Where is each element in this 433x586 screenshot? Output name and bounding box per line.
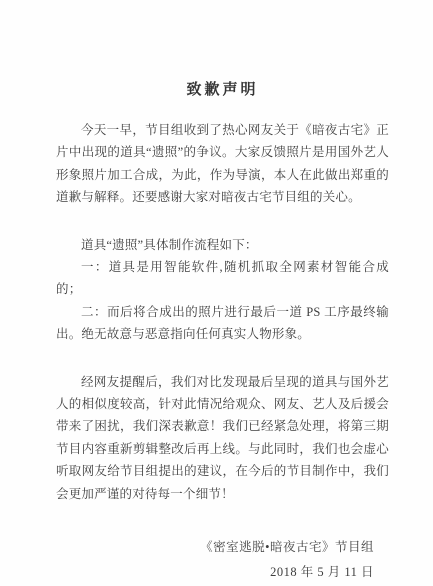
process-section: 道具“遗照”具体制作流程如下： 一：道具是用智能软件,随机抓取全网素材智能合成的…: [56, 234, 389, 346]
paragraph-intro: 今天一早，节目组收到了热心网友关于《暗夜古宅》正片中出现的道具“遗照”的争议。大…: [56, 119, 389, 209]
page-title: 致歉声明: [56, 78, 389, 99]
signature-block: 《密室逃脱•暗夜古宅》节目组 2018 年 5 月 11 日: [56, 535, 389, 585]
paragraph-apology: 经网友提醒后，我们对比发现最后呈现的道具与国外艺人的相似度较高，针对此情况给观众…: [56, 371, 389, 505]
process-step-1: 一：道具是用智能软件,随机抓取全网素材智能合成的；: [56, 256, 389, 301]
apology-document: 致歉声明 今天一早，节目组收到了热心网友关于《暗夜古宅》正片中出现的道具“遗照”…: [0, 0, 433, 586]
signature: 《密室逃脱•暗夜古宅》节目组: [56, 535, 374, 560]
date: 2018 年 5 月 11 日: [56, 560, 374, 585]
process-step-2: 二：而后将合成出的照片进行最后一道 PS 工序最终输出。绝无故意与恶意指向任何真…: [56, 301, 389, 346]
process-heading: 道具“遗照”具体制作流程如下：: [56, 234, 389, 256]
